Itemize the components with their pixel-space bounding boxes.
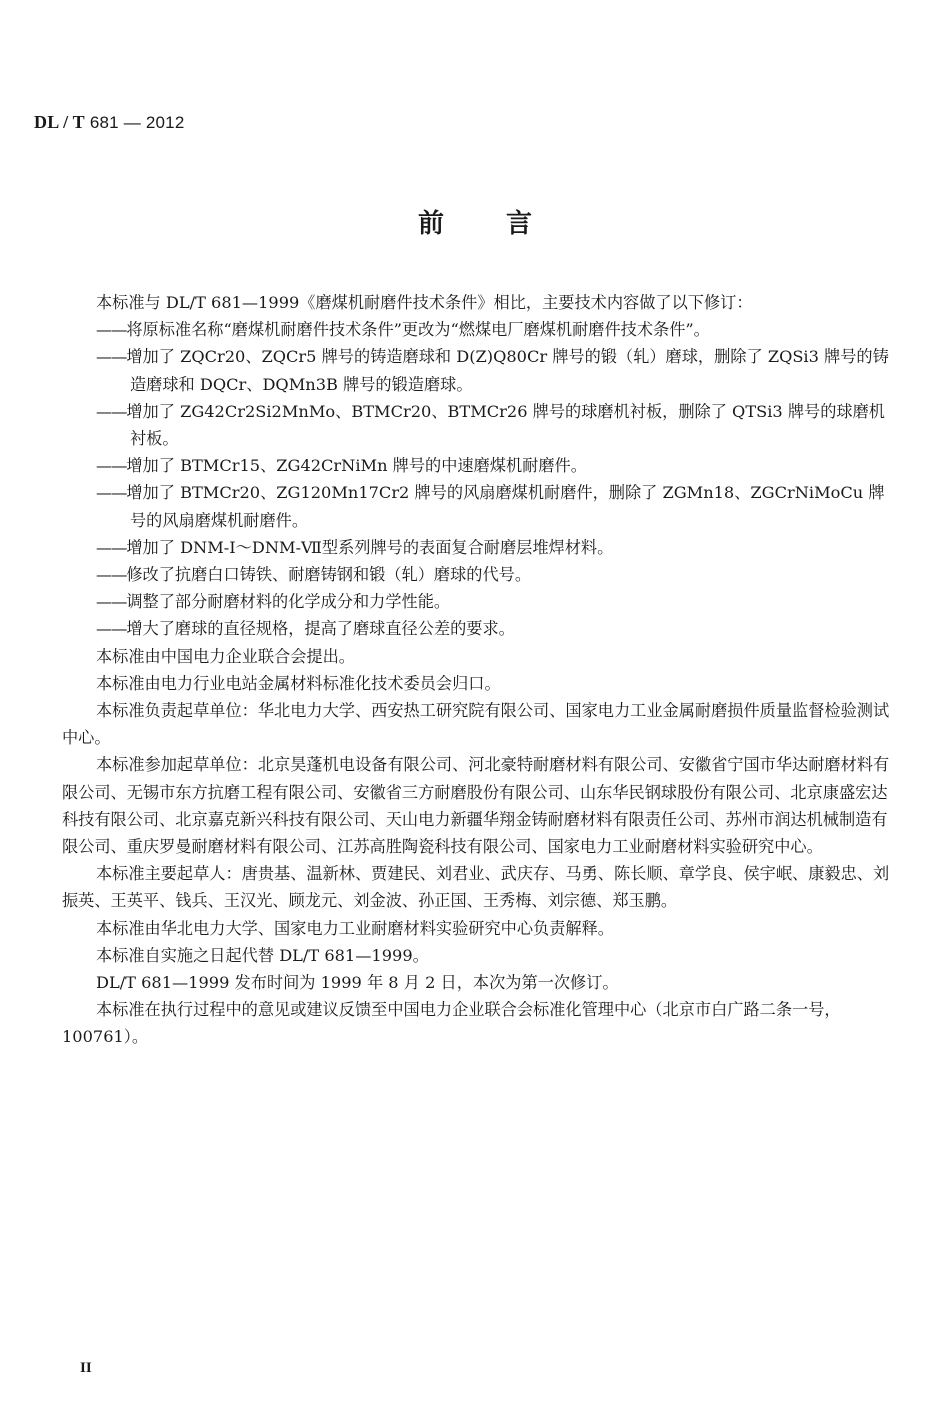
proposer-paragraph: 本标准由中国电力企业联合会提出。 <box>62 643 894 670</box>
revision-item: ——增加了 BTMCr15、ZG42CrNiMn 牌号的中速磨煤机耐磨件。 <box>62 452 894 479</box>
dash-marker: —— <box>96 483 126 502</box>
page-title: 前言 <box>0 203 950 240</box>
standard-code-number: 681 — 2012 <box>90 113 185 132</box>
revision-item: ——修改了抗磨白口铸铁、耐磨铸钢和锻（轧）磨球的代号。 <box>62 561 894 588</box>
release-history-paragraph: DL/T 681—1999 发布时间为 1999 年 8 月 2 日，本次为第一… <box>62 969 894 996</box>
participating-units-paragraph: 本标准参加起草单位：北京昊蓬机电设备有限公司、河北豪特耐磨材料有限公司、安徽省宁… <box>62 751 894 860</box>
standard-code: DL / T 681 — 2012 <box>34 112 184 133</box>
dash-marker: —— <box>96 320 126 339</box>
revision-item: ——调整了部分耐磨材料的化学成分和力学性能。 <box>62 588 894 615</box>
revision-item: ——将原标准名称“磨煤机耐磨件技术条件”更改为“燃煤电厂磨煤机耐磨件技术条件”。 <box>62 316 894 343</box>
revision-item: ——增加了 DNM-Ⅰ～DNM-Ⅶ型系列牌号的表面复合耐磨层堆焊材料。 <box>62 534 894 561</box>
main-drafters-paragraph: 本标准主要起草人：唐贵基、温新林、贾建民、刘君业、武庆存、马勇、陈长顺、章学良、… <box>62 860 894 914</box>
revision-item: ——增加了 BTMCr20、ZG120Mn17Cr2 牌号的风扇磨煤机耐磨件，删… <box>62 479 894 533</box>
revision-item: ——增加了 ZG42Cr2Si2MnMo、BTMCr20、BTMCr26 牌号的… <box>62 398 894 452</box>
revision-text: 修改了抗磨白口铸铁、耐磨铸钢和锻（轧）磨球的代号。 <box>126 565 531 584</box>
revision-text: 调整了部分耐磨材料的化学成分和力学性能。 <box>126 592 450 611</box>
standard-code-prefix: DL / T <box>34 112 85 132</box>
revision-text: 增加了 ZG42Cr2Si2MnMo、BTMCr20、BTMCr26 牌号的球磨… <box>126 402 885 448</box>
revision-item: ——增加了 ZQCr20、ZQCr5 牌号的铸造磨球和 D(Z)Q80Cr 牌号… <box>62 343 894 397</box>
revision-text: 增加了 BTMCr20、ZG120Mn17Cr2 牌号的风扇磨煤机耐磨件，删除了… <box>126 483 884 529</box>
revision-list: ——将原标准名称“磨煤机耐磨件技术条件”更改为“燃煤电厂磨煤机耐磨件技术条件”。… <box>62 316 894 642</box>
revision-text: 增加了 BTMCr15、ZG42CrNiMn 牌号的中速磨煤机耐磨件。 <box>126 456 587 475</box>
dash-marker: —— <box>96 565 126 584</box>
interpretation-paragraph: 本标准由华北电力大学、国家电力工业耐磨材料实验研究中心负责解释。 <box>62 915 894 942</box>
dash-marker: —— <box>96 592 126 611</box>
dash-marker: —— <box>96 538 126 557</box>
feedback-paragraph: 本标准在执行过程中的意见或建议反馈至中国电力企业联合会标准化管理中心（北京市白广… <box>62 996 894 1050</box>
revision-text: 增加了 ZQCr20、ZQCr5 牌号的铸造磨球和 D(Z)Q80Cr 牌号的锻… <box>126 347 888 393</box>
intro-paragraph: 本标准与 DL/T 681—1999《磨煤机耐磨件技术条件》相比，主要技术内容做… <box>62 289 894 316</box>
dash-marker: —— <box>96 456 126 475</box>
revision-text: 增加了 DNM-Ⅰ～DNM-Ⅶ型系列牌号的表面复合耐磨层堆焊材料。 <box>126 538 613 557</box>
revision-text: 增大了磨球的直径规格，提高了磨球直径公差的要求。 <box>126 619 515 638</box>
revision-item: ——增大了磨球的直径规格，提高了磨球直径公差的要求。 <box>62 615 894 642</box>
drafting-units-paragraph: 本标准负责起草单位：华北电力大学、西安热工研究院有限公司、国家电力工业金属耐磨损… <box>62 697 894 751</box>
dash-marker: —— <box>96 347 126 366</box>
page-number: II <box>80 1360 92 1377</box>
foreword-body: 本标准与 DL/T 681—1999《磨煤机耐磨件技术条件》相比，主要技术内容做… <box>62 289 894 1051</box>
revision-text: 将原标准名称“磨煤机耐磨件技术条件”更改为“燃煤电厂磨煤机耐磨件技术条件”。 <box>126 320 709 339</box>
replacement-paragraph: 本标准自实施之日起代替 DL/T 681—1999。 <box>62 942 894 969</box>
centralized-paragraph: 本标准由电力行业电站金属材料标准化技术委员会归口。 <box>62 670 894 697</box>
dash-marker: —— <box>96 619 126 638</box>
dash-marker: —— <box>96 402 126 421</box>
